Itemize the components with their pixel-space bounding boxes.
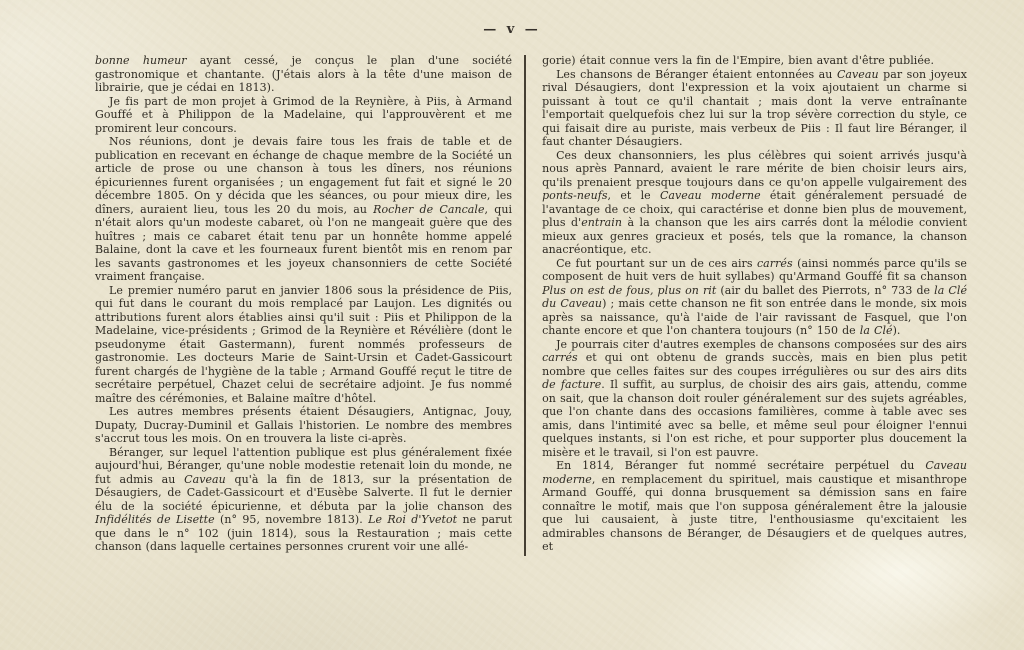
paragraph: Béranger, sur lequel l'attention publiqu…	[95, 446, 512, 554]
right-column: gorie) était connue vers la fin de l'Emp…	[542, 54, 967, 554]
paragraph: Ces deux chansonniers, les plus célèbres…	[542, 149, 967, 257]
paragraph: Les chansons de Béranger étaient entonné…	[542, 68, 967, 149]
scanned-book-page: — v — bonne humeur ayant cessé, je conçu…	[0, 0, 1024, 650]
left-column: bonne humeur ayant cessé, je conçus le p…	[95, 54, 512, 554]
paragraph: En 1814, Béranger fut nommé secrétaire p…	[542, 459, 967, 554]
text-area: bonne humeur ayant cessé, je conçus le p…	[95, 54, 967, 554]
paragraph: Je pourrais citer d'autres exemples de c…	[542, 338, 967, 460]
paragraph: Le premier numéro parut en janvier 1806 …	[95, 284, 512, 406]
paragraph: Ce fut pourtant sur un de ces airs carré…	[542, 257, 967, 338]
page-number: — v —	[0, 22, 1024, 37]
paragraph: Je fis part de mon projet à Grimod de la…	[95, 95, 512, 136]
paragraph: bonne humeur ayant cessé, je conçus le p…	[95, 54, 512, 95]
paragraph: Nos réunions, dont je devais faire tous …	[95, 135, 512, 284]
paragraph: gorie) était connue vers la fin de l'Emp…	[542, 54, 967, 68]
paragraph: Les autres membres présents étaient Désa…	[95, 405, 512, 446]
